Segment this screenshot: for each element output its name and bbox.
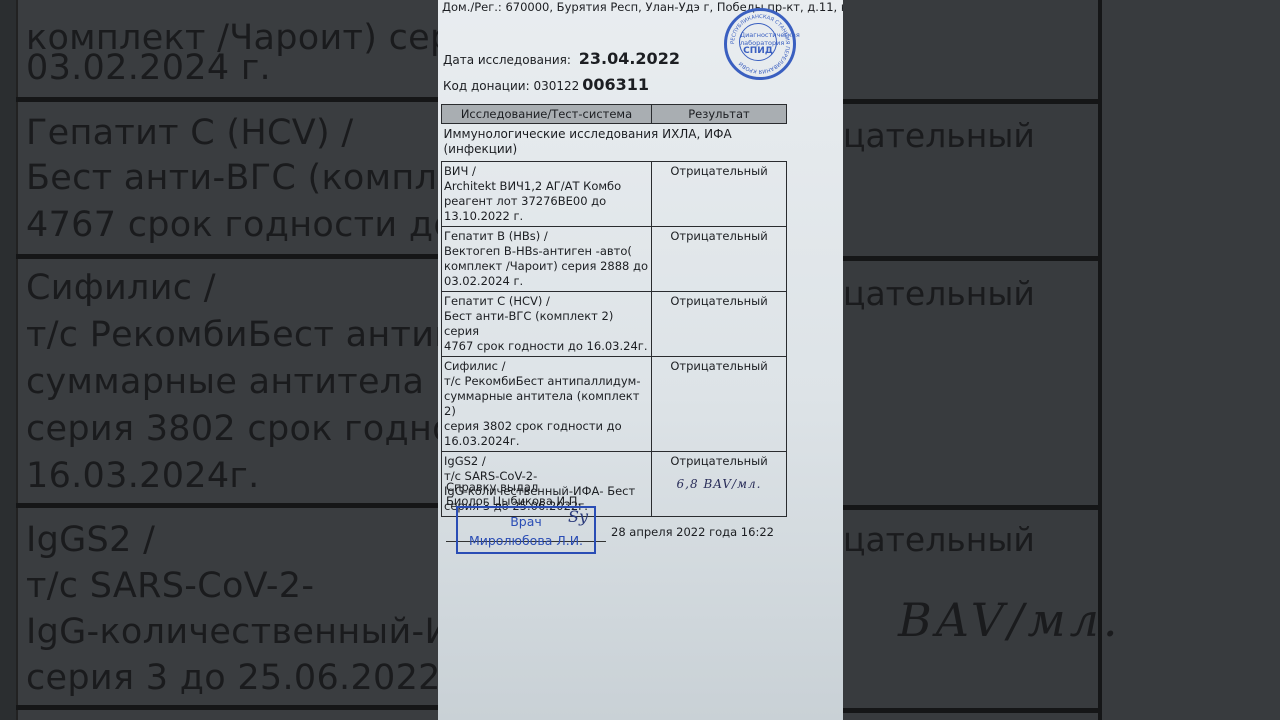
study-date-value: 23.04.2022 [579,49,680,68]
section-title: Иммунологические исследования ИХЛА, ИФА … [442,124,787,162]
bg-text-line: серия 3 до 25.06.2022г [26,658,438,698]
bg-text-line: IgG-количественный-И [26,612,438,652]
bg-result-text: цательный [843,520,1035,559]
bg-handwritten-note: BAV/мл. [898,593,1122,647]
bg-text-line: IgGS2 / [26,520,155,560]
bg-divider [16,503,438,510]
test-name: Гепатит С (HCV) / Бест анти-ВГС (комплек… [442,292,652,357]
patient-address: Дом./Рег.: 670000, Бурятия Респ, Улан-Уд… [442,0,858,14]
issued-by-label: Справку выдал [446,480,581,494]
bg-divider [16,254,438,261]
result-cell: Отрицательный [652,292,787,357]
donation-code-label: Код донации: [443,79,530,93]
test-name: Гепатит В (HBs) / Вектогеп В-HBs-антиген… [442,227,652,292]
result-value: Отрицательный [670,164,767,178]
bg-text-line: т/с SARS-CoV-2- [26,566,314,606]
bg-divider [843,708,1100,713]
section-row: Иммунологические исследования ИХЛА, ИФА … [442,124,787,162]
result-cell: Отрицательный6,8 BAV/мл. [652,452,787,517]
bg-text-line: Гепатит С (HCV) / [26,113,353,153]
blood-test-certificate: Дом./Рег.: 670000, Бурятия Респ, Улан-Уд… [438,0,843,720]
stamp-line: Диагностическая [740,31,800,39]
study-date-label: Дата исследования: [443,53,571,67]
result-cell: Отрицательный [652,227,787,292]
bg-result-text: цательный [843,274,1035,313]
bg-text-line: т/с РекомбиБест антип [26,315,438,355]
table-header-row: Исследование/Тест-система Результат [442,105,787,124]
signature: Sy [568,507,588,526]
background-zoom-right: цательный цательный цательный BAV/мл. [843,0,1280,720]
test-name: ВИЧ / Architekt ВИЧ1,2 АГ/АТ Комбо реаге… [442,162,652,227]
bg-divider [16,705,438,712]
table-row: Гепатит С (HCV) / Бест анти-ВГС (комплек… [442,292,787,357]
table-row: Сифилис / т/с РекомбиБест антипаллидум- … [442,357,787,452]
bg-text-line: серия 3802 срок годно [26,409,438,449]
donation-code-value: 006311 [582,75,649,94]
bg-text-line: суммарные антитела (к [26,362,438,402]
bg-result-text: цательный [843,116,1035,155]
issued-by: Справку выдал Биолог Цыбикова И.П. [446,480,581,508]
column-header-test: Исследование/Тест-система [442,105,652,124]
results-table: Исследование/Тест-система Результат Имму… [441,104,787,517]
bg-text-line: Бест анти-ВГС (комплек [26,158,438,198]
result-cell: Отрицательный [652,357,787,452]
stamp-line: СПИД [740,47,776,55]
result-value: Отрицательный [670,229,767,243]
test-name: Сифилис / т/с РекомбиБест антипаллидум- … [442,357,652,452]
background-zoom-left: комплект /Чароит) сери 03.02.2024 г. Геп… [0,0,438,720]
background-edge [0,0,18,720]
bg-divider [16,97,438,104]
bg-divider [843,505,1100,510]
result-value: Отрицательный [670,454,767,468]
doctor-name: Миролюбова Л.И. [458,531,594,550]
bg-text-line: Сифилис / [26,268,216,308]
study-date: Дата исследования: 23.04.2022 [443,49,680,68]
handwritten-antibody-level: 6,8 BAV/мл. [654,477,784,492]
stamp-inner: Диагностическая лаборатория СПИД [739,23,777,61]
bg-text-line: 4767 срок годности до [26,205,438,245]
bg-text-line: 16.03.2024г. [26,456,260,496]
result-cell: Отрицательный [652,162,787,227]
signed-datetime: 28 апреля 2022 года 16:22 [611,525,774,539]
bg-divider [843,99,1100,104]
column-header-result: Результат [652,105,787,124]
result-value: Отрицательный [670,359,767,373]
table-row: ВИЧ / Architekt ВИЧ1,2 АГ/АТ Комбо реаге… [442,162,787,227]
donation-code-prefix: 030122 [533,79,579,93]
table-row: Гепатит В (HBs) / Вектогеп В-HBs-антиген… [442,227,787,292]
lab-round-stamp: РЕСПУБЛИКАНСКАЯ СТАНЦИЯ ПЕРЕЛИВАНИЯ КРОВ… [724,8,796,80]
result-value: Отрицательный [670,294,767,308]
donation-code: Код донации: 030122006311 [443,75,649,94]
bg-text-line: 03.02.2024 г. [26,48,271,88]
bg-divider [843,256,1100,261]
